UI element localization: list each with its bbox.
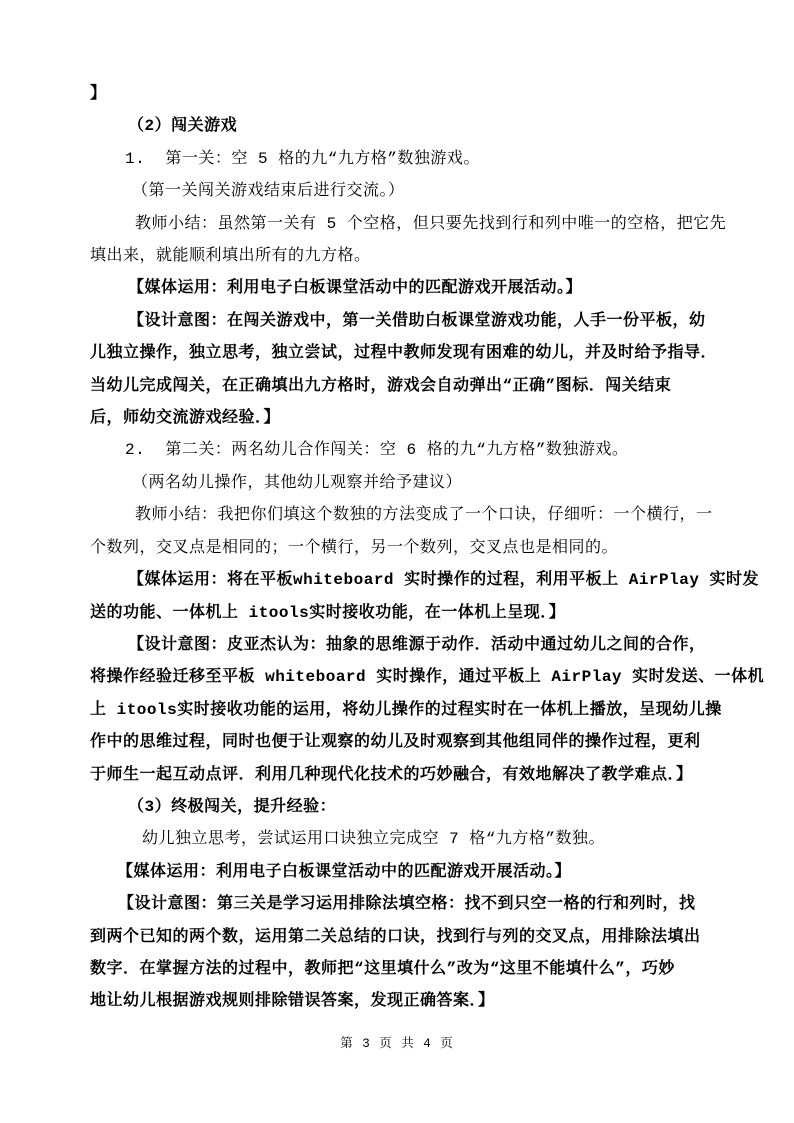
text-line: 【媒体运用：利用电子白板课堂活动中的匹配游戏开展活动。】 bbox=[90, 856, 734, 888]
text-line: 当幼儿完成闯关，在正确填出九方格时，游戏会自动弹出“正确”图标．闯关结束 bbox=[90, 370, 734, 402]
text-line: 到两个已知的两个数，运用第二关总结的口诀，找到行与列的交叉点，用排除法填出 bbox=[90, 921, 734, 953]
text-line: 上 itools实时接收功能的运用，将幼儿操作的过程实时在一体机上播放，呈现幼儿… bbox=[90, 694, 734, 726]
text-line: 教师小结：虽然第一关有 5 个空格，但只要先找到行和列中唯一的空格，把它先 bbox=[90, 208, 734, 240]
text-line: （两名幼儿操作，其他幼儿观察并给予建议） bbox=[90, 467, 734, 499]
paragraph: （第一关闯关游戏结束后进行交流。） bbox=[90, 175, 734, 207]
paragraph: 1. 第一关：空 5 格的九“九方格”数独游戏。 bbox=[90, 143, 734, 175]
text-line: 幼儿独立思考，尝试运用口诀独立完成空 7 格“九方格”数独。 bbox=[90, 823, 734, 855]
text-line: 于师生一起互动点评．利用几种现代化技术的巧妙融合，有效地解决了教学难点．】 bbox=[90, 759, 734, 791]
paragraph: 【媒体运用：利用电子白板课堂活动中的匹配游戏开展活动。】 bbox=[90, 272, 734, 304]
paragraph: （两名幼儿操作，其他幼儿观察并给予建议） bbox=[90, 467, 734, 499]
text-line: 送的功能、一体机上 itools实时接收功能，在一体机上呈现．】 bbox=[90, 597, 734, 629]
paragraph: 教师小结：虽然第一关有 5 个空格，但只要先找到行和列中唯一的空格，把它先填出来… bbox=[90, 208, 734, 273]
text-line: （2）闯关游戏 bbox=[90, 110, 734, 142]
text-line: 【媒体运用：利用电子白板课堂活动中的匹配游戏开展活动。】 bbox=[90, 272, 734, 304]
paragraph: （3）终极闯关，提升经验： bbox=[90, 791, 734, 823]
paragraph: 2. 第二关：两名幼儿合作闯关：空 6 格的九“九方格”数独游戏。 bbox=[90, 434, 734, 466]
text-line: 后，师幼交流游戏经验．】 bbox=[90, 402, 734, 434]
text-line: 地让幼儿根据游戏规则排除错误答案，发现正确答案．】 bbox=[90, 985, 734, 1017]
text-line: 】 bbox=[90, 78, 734, 110]
text-line: 数字．在掌握方法的过程中，教师把“这里填什么”改为“这里不能填什么”，巧妙 bbox=[90, 953, 734, 985]
text-line: 儿独立操作，独立思考，独立尝试，过程中教师发现有困难的幼儿，并及时给予指导． bbox=[90, 337, 734, 369]
paragraph: 幼儿独立思考，尝试运用口诀独立完成空 7 格“九方格”数独。 bbox=[90, 823, 734, 855]
page-number: 第 3 页 共 4 页 bbox=[0, 1036, 794, 1052]
text-line: 1. 第一关：空 5 格的九“九方格”数独游戏。 bbox=[90, 143, 734, 175]
text-line: 【设计意图：皮亚杰认为：抽象的思维源于动作．活动中通过幼儿之间的合作， bbox=[90, 629, 734, 661]
paragraph: 【设计意图：第三关是学习运用排除法填空格：找不到只空一格的行和列时，找到两个已知… bbox=[90, 888, 734, 1018]
text-line: （第一关闯关游戏结束后进行交流。） bbox=[90, 175, 734, 207]
paragraph: 】 bbox=[90, 78, 734, 110]
paragraph: 【媒体运用：将在平板whiteboard 实时操作的过程，利用平板上 AirPl… bbox=[90, 564, 734, 629]
paragraph: 【设计意图：在闯关游戏中，第一关借助白板课堂游戏功能，人手一份平板，幼儿独立操作… bbox=[90, 305, 734, 435]
text-line: （3）终极闯关，提升经验： bbox=[90, 791, 734, 823]
text-line: 作中的思维过程，同时也便于让观察的幼儿及时观察到其他组同伴的操作过程，更利 bbox=[90, 726, 734, 758]
document-body: 】（2）闯关游戏1. 第一关：空 5 格的九“九方格”数独游戏。（第一关闯关游戏… bbox=[90, 78, 734, 1018]
text-line: 【设计意图：第三关是学习运用排除法填空格：找不到只空一格的行和列时，找 bbox=[90, 888, 734, 920]
text-line: 教师小结：我把你们填这个数独的方法变成了一个口诀，仔细听：一个横行，一 bbox=[90, 499, 734, 531]
paragraph: 【媒体运用：利用电子白板课堂活动中的匹配游戏开展活动。】 bbox=[90, 856, 734, 888]
paragraph: （2）闯关游戏 bbox=[90, 110, 734, 142]
paragraph: 教师小结：我把你们填这个数独的方法变成了一个口诀，仔细听：一个横行，一个数列，交… bbox=[90, 499, 734, 564]
text-line: 个数列，交叉点是相同的；一个横行，另一个数列，交叉点也是相同的。 bbox=[90, 532, 734, 564]
text-line: 将操作经验迁移至平板 whiteboard 实时操作，通过平板上 AirPlay… bbox=[90, 661, 734, 693]
document-page: 】（2）闯关游戏1. 第一关：空 5 格的九“九方格”数独游戏。（第一关闯关游戏… bbox=[0, 0, 794, 1123]
paragraph: 【设计意图：皮亚杰认为：抽象的思维源于动作．活动中通过幼儿之间的合作，将操作经验… bbox=[90, 629, 734, 791]
text-line: 填出来，就能顺利填出所有的九方格。 bbox=[90, 240, 734, 272]
text-line: 【媒体运用：将在平板whiteboard 实时操作的过程，利用平板上 AirPl… bbox=[90, 564, 734, 596]
text-line: 2. 第二关：两名幼儿合作闯关：空 6 格的九“九方格”数独游戏。 bbox=[90, 434, 734, 466]
text-line: 【设计意图：在闯关游戏中，第一关借助白板课堂游戏功能，人手一份平板，幼 bbox=[90, 305, 734, 337]
